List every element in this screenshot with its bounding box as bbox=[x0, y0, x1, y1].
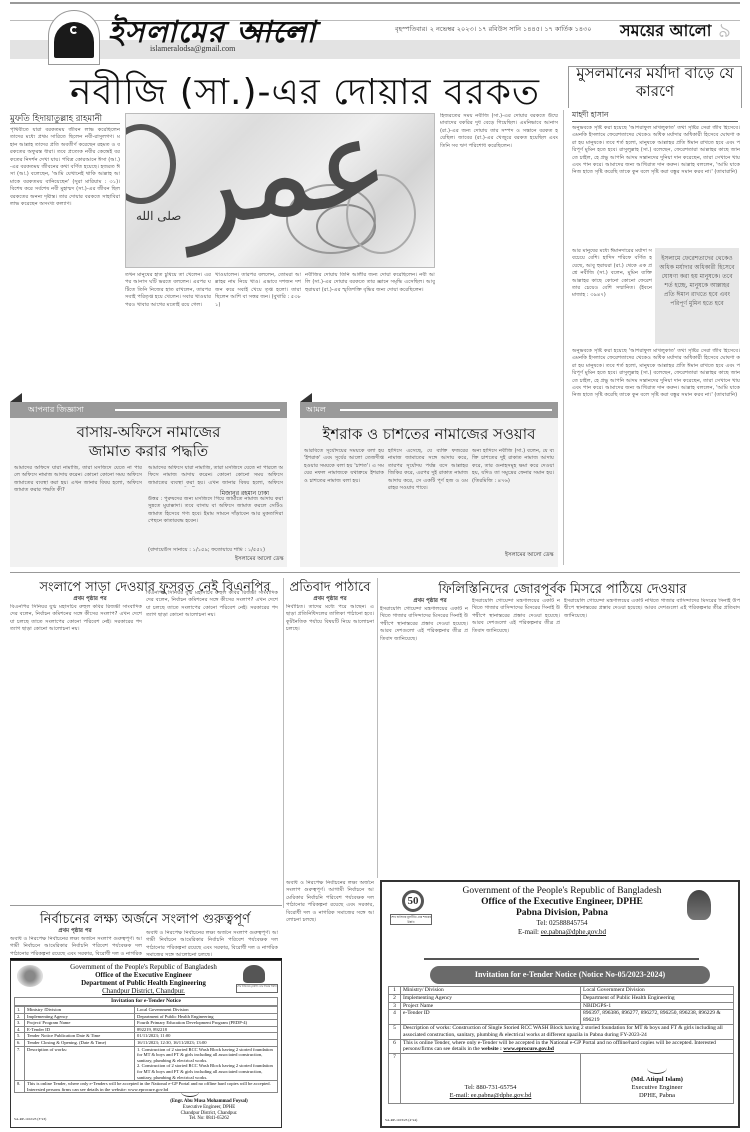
row-key: Ministry /Division bbox=[25, 1007, 135, 1014]
amal-credit: ইসলামের আলো ডেস্ক bbox=[505, 552, 554, 560]
row-value: NBIDGPS-1 bbox=[581, 1002, 734, 1010]
qa-refs: (বাদায়েউস সানায়ে : ১/১৫৯; ফতোয়ায়ে শা… bbox=[148, 547, 283, 555]
table-row: 8.This is online Tender, where only e-Te… bbox=[15, 1081, 278, 1093]
table-row: 1Ministry/ DivisionLocal Government Divi… bbox=[389, 987, 734, 995]
ad-office-line: Office of the Executive Engineer, DPHE bbox=[442, 897, 682, 908]
continued-label: প্রথম পৃষ্ঠার পর bbox=[395, 598, 465, 606]
website-label: website : bbox=[481, 1046, 503, 1052]
table-row: 4.E-Tender ID892219, 892218 bbox=[15, 1026, 278, 1033]
row-key: Tender Notice Publication Date & Time bbox=[25, 1033, 135, 1040]
row-num: 5. bbox=[15, 1033, 25, 1040]
table-row: 5Description of works: Construction of S… bbox=[389, 1024, 734, 1039]
table-row: 4e-Tender ID896397, 896386, 896277, 8962… bbox=[389, 1010, 734, 1025]
amal-headline: ইশরাক ও চাশতের নামাজের সওয়াব bbox=[300, 425, 558, 444]
amal-body-3: অন্য হাদিসে নবীজি (সা.) বলেন, যে ব্যক্তি… bbox=[472, 448, 554, 548]
news-body-protest: নির্বাচিত। তাদের মধ্যে পরে আছেন। এ ছাড়া… bbox=[286, 604, 374, 904]
qa-section-bar: আপনার জিজ্ঞাসা bbox=[10, 402, 287, 418]
eprocure-link[interactable]: www.eprocure.gov.bd bbox=[503, 1046, 554, 1052]
row-value: 892219, 892218 bbox=[135, 1026, 278, 1033]
ad-pabna: 50 শেখ হাসিনার মূলনীতি গ্রাম শহরের উন্নত… bbox=[380, 880, 740, 1128]
masthead-swash bbox=[245, 30, 305, 32]
bar-line bbox=[340, 409, 552, 411]
ad-heading: Government of the People's Republic of B… bbox=[51, 963, 236, 995]
row-num: 7 bbox=[389, 1054, 401, 1104]
table-row: 6.Tender Closing & Opening. (Date & Time… bbox=[15, 1039, 278, 1046]
section-email: islameralodsa@gmail.com bbox=[150, 44, 235, 53]
section-tab-corner bbox=[10, 393, 22, 402]
row-num: 8. bbox=[15, 1081, 25, 1093]
table-row: 7 Tel: 880-731-65754 E-mail: ee.pabna@dp… bbox=[389, 1054, 734, 1104]
row-value: Fourth Primary Education Development Pro… bbox=[135, 1020, 278, 1027]
page-number: ৯ bbox=[718, 16, 731, 49]
ornament bbox=[125, 124, 176, 204]
qa-section-label: আপনার জিজ্ঞাসা bbox=[28, 405, 84, 414]
qa-credit: ইসলামের আলো ডেস্ক bbox=[235, 556, 284, 564]
lead-body-col1: পৃথিবীতে যারা বরকতময় জীবন লাভ করেছিলেন … bbox=[10, 127, 120, 397]
row-num: 6 bbox=[389, 1039, 401, 1054]
side-headline-text: মুসলমানের মর্যাদা বাড়ে যে কারণে bbox=[576, 64, 733, 100]
byline-rule bbox=[10, 123, 120, 124]
signer-tel: Tel. No: 0841-65262 bbox=[139, 1116, 279, 1122]
row-value: Department of Public Health Engineering bbox=[581, 994, 734, 1002]
newspaper-brand: সময়ের আলো bbox=[620, 18, 711, 45]
amal-body-2: হাদিসে এসেছে, যে ব্যক্তি ফজরের নামাজ জাম… bbox=[388, 448, 468, 558]
amal-section-bar: আমল bbox=[300, 402, 558, 418]
row-key: Tender Closing & Opening. (Date & Time) bbox=[25, 1039, 135, 1046]
amal-body-1: আরবিতে সূর্যোদয়ের সময়কে বলা হয় 'ইশরাক… bbox=[304, 448, 384, 558]
amal-section-label: আমল bbox=[306, 405, 326, 414]
side-byline-rule bbox=[572, 121, 738, 122]
row-value: This is online Tender, where only e-Tend… bbox=[401, 1039, 734, 1054]
news-body-election-1: অবাধ ও নিরপেক্ষ নির্বাচনের লক্ষ্য অর্জনে… bbox=[10, 936, 142, 956]
row-value: This is online Tender, where only e-Tend… bbox=[25, 1081, 278, 1093]
row-num: 2. bbox=[15, 1013, 25, 1020]
ad-tel: Tel: 02588845754 bbox=[442, 919, 682, 928]
signature-mark bbox=[647, 1062, 667, 1074]
table-row: 6This is online Tender, where only e-Ten… bbox=[389, 1039, 734, 1054]
desc-item-2: 2. Construction of 2 storied RCC Wash Bl… bbox=[137, 1063, 275, 1080]
row-value: 1. Construction of 2 storied RCC Wash Bl… bbox=[135, 1046, 278, 1081]
ad-division-line: Pabna Division, Pabna bbox=[442, 908, 682, 919]
qa-headline-line1: বাসায়-অফিসে নামাজের bbox=[10, 423, 287, 442]
ad-gov-line: Government of the People's Republic of B… bbox=[51, 963, 236, 971]
row-value: Local Government Division bbox=[135, 1007, 278, 1014]
qa-question-cont: আমাদের অফিসে যারা নামাজি, তারা মসজিদে যে… bbox=[148, 465, 283, 487]
news-body-palestine-3: ইসরায়েলি গোয়েন্দা মন্ত্রণালয়ের একটি ন… bbox=[564, 598, 740, 878]
top-rule bbox=[10, 2, 740, 4]
contact-tel: Tel: 880-731-65754 bbox=[403, 1084, 578, 1092]
section-divider bbox=[10, 572, 740, 573]
ad-gov-line: Government of the People's Republic of B… bbox=[442, 886, 682, 897]
row-num: 1. bbox=[15, 1007, 25, 1014]
ad-heading: Government of the People's Republic of B… bbox=[442, 886, 682, 937]
news-body-palestine-1: ইসরায়েলি গোয়েন্দা মন্ত্রণালয়ের একটি ন… bbox=[380, 606, 468, 878]
row-key: Project/ Program Name bbox=[25, 1020, 135, 1027]
qa-answer: উত্তর : পুরুষদের জন্য মসজিদে গিয়ে জামাত… bbox=[148, 496, 283, 546]
table-row: 7.Description of works:1. Construction o… bbox=[15, 1046, 278, 1081]
news-body-bnp-1: বিএনপির সিনিয়র যুগ্ম মহাসচিব রুহুল কবির… bbox=[10, 604, 142, 904]
ad-email-label: E-mail: bbox=[518, 928, 541, 936]
logo-50-text: 50 bbox=[402, 890, 424, 912]
table-row: 3Project NameNBIDGPS-1 bbox=[389, 1002, 734, 1010]
news-body-election-3: অবাধ ও নিরপেক্ষ নির্বাচনের লক্ষ্য অর্জনে… bbox=[286, 880, 374, 1130]
row-value: Department of Public Health Engineering bbox=[135, 1013, 278, 1020]
slogan-box: শেখ হাসিনার মূলনীতি গ্রাম শহরের উন্নতি bbox=[390, 914, 432, 925]
ad-code: SA-RP-1102/23 (3"x3) bbox=[14, 1117, 46, 1121]
news-body-election-2: অবাধ ও নিরপেক্ষ নির্বাচনের লক্ষ্য অর্জনে… bbox=[146, 930, 278, 956]
row6-text: This is online Tender, where only e-Tend… bbox=[403, 1040, 716, 1053]
row-num: 3 bbox=[389, 1002, 401, 1010]
ad-email-link[interactable]: ee.pabna@dphe.gov.bd bbox=[541, 928, 606, 936]
row-key: Description of works: bbox=[25, 1046, 135, 1081]
news-body-palestine-2: ইসরায়েলি গোয়েন্দা মন্ত্রণালয়ের একটি ন… bbox=[472, 598, 560, 878]
table-row: 2.Implementing AgencyDepartment of Publi… bbox=[15, 1013, 278, 1020]
continued-label: প্রথম পৃষ্ঠার পর bbox=[300, 596, 360, 604]
side-body-3: অনুভবকে সৃষ্টি করা হয়েছে 'আশরাফুল মাখলু… bbox=[572, 348, 740, 563]
row-num: 4. bbox=[15, 1026, 25, 1033]
contact-cell: Tel: 880-731-65754 E-mail: ee.pabna@dphe… bbox=[401, 1054, 581, 1104]
column-divider bbox=[563, 110, 564, 565]
signature-mark bbox=[181, 1087, 199, 1097]
dateline: বৃহস্পতিবার। ২ নভেম্বর ২০২৩। ১৭ রবিউস সা… bbox=[395, 24, 592, 35]
lead-body-col2: তখন মানুষের হাত চুষিয়ে তা খেলেন। এরপর আ… bbox=[125, 272, 211, 397]
row-key: Ministry/ Division bbox=[401, 987, 581, 995]
row-value: Description of works: Construction of Si… bbox=[401, 1024, 734, 1039]
ad-signer-block: (Engr. Abu Musa Mohammad Foysal) Executi… bbox=[139, 1099, 279, 1122]
ad-tender-table: 1Ministry/ DivisionLocal Government Divi… bbox=[388, 986, 734, 1104]
news-body-bnp-2: বিএনপির সিনিয়র যুগ্ম মহাসচিব রুহুল কবির… bbox=[146, 590, 278, 904]
table-row: 1.Ministry /DivisionLocal Government Div… bbox=[15, 1007, 278, 1014]
bar-line bbox=[115, 409, 280, 411]
continued-label: প্রথম পৃষ্ঠার পর bbox=[50, 928, 100, 936]
row-value: 16/11/2023; 12:30, 16/11/2023; 13:00 bbox=[135, 1039, 278, 1046]
row-num: 7. bbox=[15, 1046, 25, 1081]
arabic-small-script: صلى الله bbox=[136, 209, 181, 223]
qa-question: আমাদের অফিসে যারা নামাজি, তারা মসজিদে যে… bbox=[14, 465, 142, 560]
row-value: 896397, 896386, 896277, 896272, 896250, … bbox=[581, 1010, 734, 1025]
ad-chandpur: শেখ হাসিনার মূলনীতি গ্রাম শহরের উন্নতি G… bbox=[10, 960, 282, 1128]
tender-rows: 1Ministry/ DivisionLocal Government Divi… bbox=[388, 986, 734, 1104]
table-row: 3.Project/ Program NameFourth Primary Ed… bbox=[15, 1020, 278, 1027]
ad-tender-title: Invitation for e-Tender Notice (Notice N… bbox=[430, 966, 710, 984]
pull-quote: ইসলামে ফেরেশতাদের থেকেও অধিক মর্যাদার অধ… bbox=[655, 248, 739, 344]
row-num: 4 bbox=[389, 1010, 401, 1025]
row-key: Project Name bbox=[401, 1002, 581, 1010]
portrait-image bbox=[687, 890, 711, 920]
signer-cell: (Md. Atiqul Islam) Executive Engineer DP… bbox=[581, 1054, 734, 1104]
ad-tender-title: Invitation for e-Tender Notice bbox=[14, 997, 278, 1006]
section-tab-corner bbox=[300, 393, 312, 402]
row-num: 5 bbox=[389, 1024, 401, 1039]
section-divider bbox=[10, 905, 282, 906]
row-key: Implementing Agency bbox=[401, 994, 581, 1002]
row-key: Implementing Agency bbox=[25, 1013, 135, 1020]
side-headline: মুসলমানের মর্যাদা বাড়ে যে কারণে bbox=[568, 64, 742, 100]
ad-district-line: Chandpur District, Chandpur. bbox=[51, 987, 236, 995]
ad-code: SA-RP-1103/23 (4"x4) bbox=[385, 1118, 417, 1122]
tender-rows: 1.Ministry /DivisionLocal Government Div… bbox=[14, 1006, 278, 1093]
lead-body-col5: হিজরতের সময় নবীজি (সা.)-এর দোয়ার বরকতে… bbox=[440, 113, 558, 388]
qa-headline-line2: জামাত করার পদ্ধতি bbox=[10, 442, 287, 461]
row-value: Local Government Division bbox=[581, 987, 734, 995]
row-key: E-Tender ID bbox=[25, 1026, 135, 1033]
row-key: e-Tender ID bbox=[401, 1010, 581, 1025]
side-body: অনুভবকে সৃষ্টি করা হয়েছে 'আশরাফুল মাখলু… bbox=[572, 125, 740, 243]
table-row: 5.Tender Notice Publication Date & Time0… bbox=[15, 1033, 278, 1040]
ad-dept-line: Department of Public Health Engineering bbox=[51, 979, 236, 987]
qa-headline: বাসায়-অফিসে নামাজের জামাত করার পদ্ধতি bbox=[10, 423, 287, 461]
signer-title: Executive Engineer bbox=[583, 1084, 731, 1092]
column-divider bbox=[283, 578, 284, 908]
table-row: 2Implementing AgencyDepartment of Public… bbox=[389, 994, 734, 1002]
ad-rule bbox=[424, 958, 699, 960]
bangladesh-50-logo bbox=[17, 965, 43, 987]
ad-tender-table: Invitation for e-Tender Notice 1.Ministr… bbox=[14, 997, 278, 1093]
row-num: 6. bbox=[15, 1039, 25, 1046]
column-divider bbox=[377, 578, 378, 878]
row-num: 1 bbox=[389, 987, 401, 995]
lead-body-col4: নবীজির দোয়ায় তিনি আলীর জন্য দোয়া করেছ… bbox=[305, 272, 435, 342]
signer-name: (Md. Atiqul Islam) bbox=[583, 1076, 731, 1084]
row-value: 01/11/2023; 11:00 bbox=[135, 1033, 278, 1040]
crescent-icon bbox=[70, 26, 78, 34]
signer-location: DPHE, Pabna bbox=[583, 1092, 731, 1100]
lead-body-col3: খাওয়ালেন। তারপর বললেন, তোমরা আল্লাহর না… bbox=[215, 272, 301, 397]
bangladesh-50-logo: 50 bbox=[390, 890, 424, 912]
calligraphy-photo: ﻋﻤﺮ صلى الله bbox=[125, 113, 435, 268]
continued-label: প্রথম পৃষ্ঠার পর bbox=[60, 596, 120, 604]
contact-email[interactable]: E-mail: ee.pabna@dphe.gov.bd bbox=[403, 1092, 578, 1100]
row-num: 3. bbox=[15, 1020, 25, 1027]
ad-office-line: Office of the Executive Engineer bbox=[51, 971, 236, 979]
slogan-box: শেখ হাসিনার মূলনীতি গ্রাম শহরের উন্নতি bbox=[236, 984, 278, 993]
row-num: 2 bbox=[389, 994, 401, 1002]
portrait-image bbox=[243, 965, 265, 983]
desc-item-1: 1. Construction of 2 storied RCC Wash Bl… bbox=[137, 1047, 275, 1064]
